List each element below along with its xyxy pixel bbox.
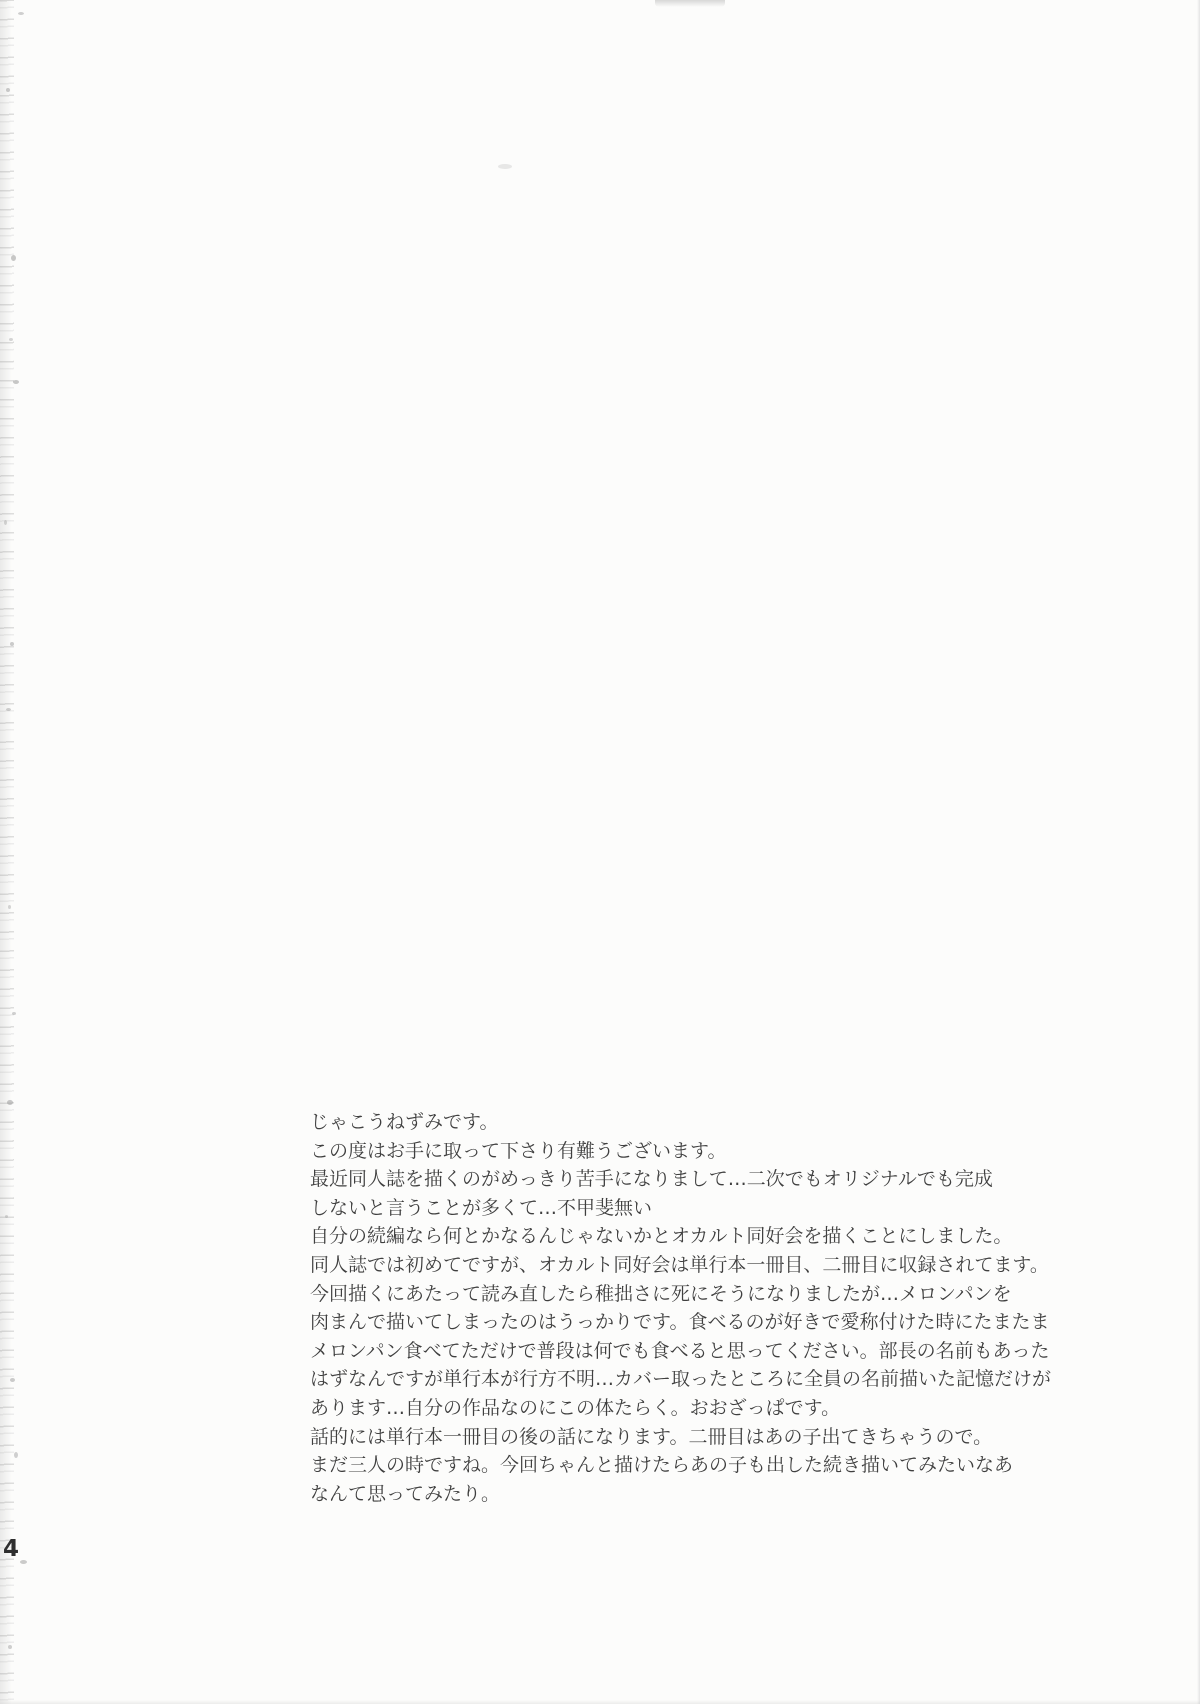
afterword-line: メロンパン食べてただけで普段は何でも食べると思ってください。部長の名前もあった xyxy=(310,1337,1110,1366)
scanned-page: じゃこうねずみです。 この度はお手に取って下さり有難うございます。 最近同人誌を… xyxy=(0,0,1200,1704)
scan-smudge xyxy=(655,0,725,7)
scan-speck xyxy=(8,905,11,909)
scan-speck xyxy=(14,1452,18,1458)
scan-speck xyxy=(10,1378,15,1382)
scan-speck xyxy=(20,1560,27,1564)
afterword-line: はずなんですが単行本が行方不明…カバー取ったところに全員の名前描いた記憶だけが xyxy=(310,1365,1110,1394)
afterword-line: 話的には単行本一冊目の後の話になります。二冊目はあの子出てきちゃうので。 xyxy=(310,1423,1110,1452)
scan-speck xyxy=(8,1645,12,1649)
scan-speck xyxy=(9,338,13,341)
scan-speck xyxy=(7,1100,13,1105)
page-number: 4 xyxy=(3,1536,19,1562)
scan-speck xyxy=(11,255,16,261)
afterword-line: 自分の続編なら何とかなるんじゃないかとオカルト同好会を描くことにしました。 xyxy=(310,1222,1110,1251)
afterword-line: なんて思ってみたり。 xyxy=(310,1480,1110,1509)
scan-speck xyxy=(13,380,19,384)
scan-edge-artifact xyxy=(0,1700,1200,1704)
afterword-line: しないと言うことが多くて…不甲斐無い xyxy=(310,1194,1110,1223)
scan-speck xyxy=(6,708,11,711)
afterword-line: 肉まんで描いてしまったのはうっかりです。食べるのが好きで愛称付けた時にたまたま xyxy=(310,1308,1110,1337)
afterword-line: まだ三人の時ですね。今回ちゃんと描けたらあの子も出した続き描いてみたいなあ xyxy=(310,1451,1110,1480)
afterword-line: 最近同人誌を描くのがめっきり苦手になりまして…二次でもオリジナルでも完成 xyxy=(310,1165,1110,1194)
scan-smudge xyxy=(498,164,512,169)
afterword-line: 今回描くにあたって読み直したら稚拙さに死にそうになりましたが…メロンパンを xyxy=(310,1280,1110,1309)
scan-speck xyxy=(18,12,24,15)
afterword-line: この度はお手に取って下さり有難うございます。 xyxy=(310,1137,1110,1166)
scan-speck xyxy=(6,88,10,92)
scan-speck xyxy=(10,642,14,646)
afterword-line: 同人誌では初めてですが、オカルト同好会は単行本一冊目、二冊目に収録されてます。 xyxy=(310,1251,1110,1280)
scan-speck xyxy=(5,1215,8,1218)
scan-speck xyxy=(12,1012,16,1015)
scan-speck xyxy=(4,520,7,525)
afterword-line: あります…自分の作品なのにこの体たらく。おおざっぱです。 xyxy=(310,1394,1110,1423)
afterword-line: じゃこうねずみです。 xyxy=(310,1108,1110,1137)
afterword-text: じゃこうねずみです。 この度はお手に取って下さり有難うございます。 最近同人誌を… xyxy=(310,1108,1110,1508)
